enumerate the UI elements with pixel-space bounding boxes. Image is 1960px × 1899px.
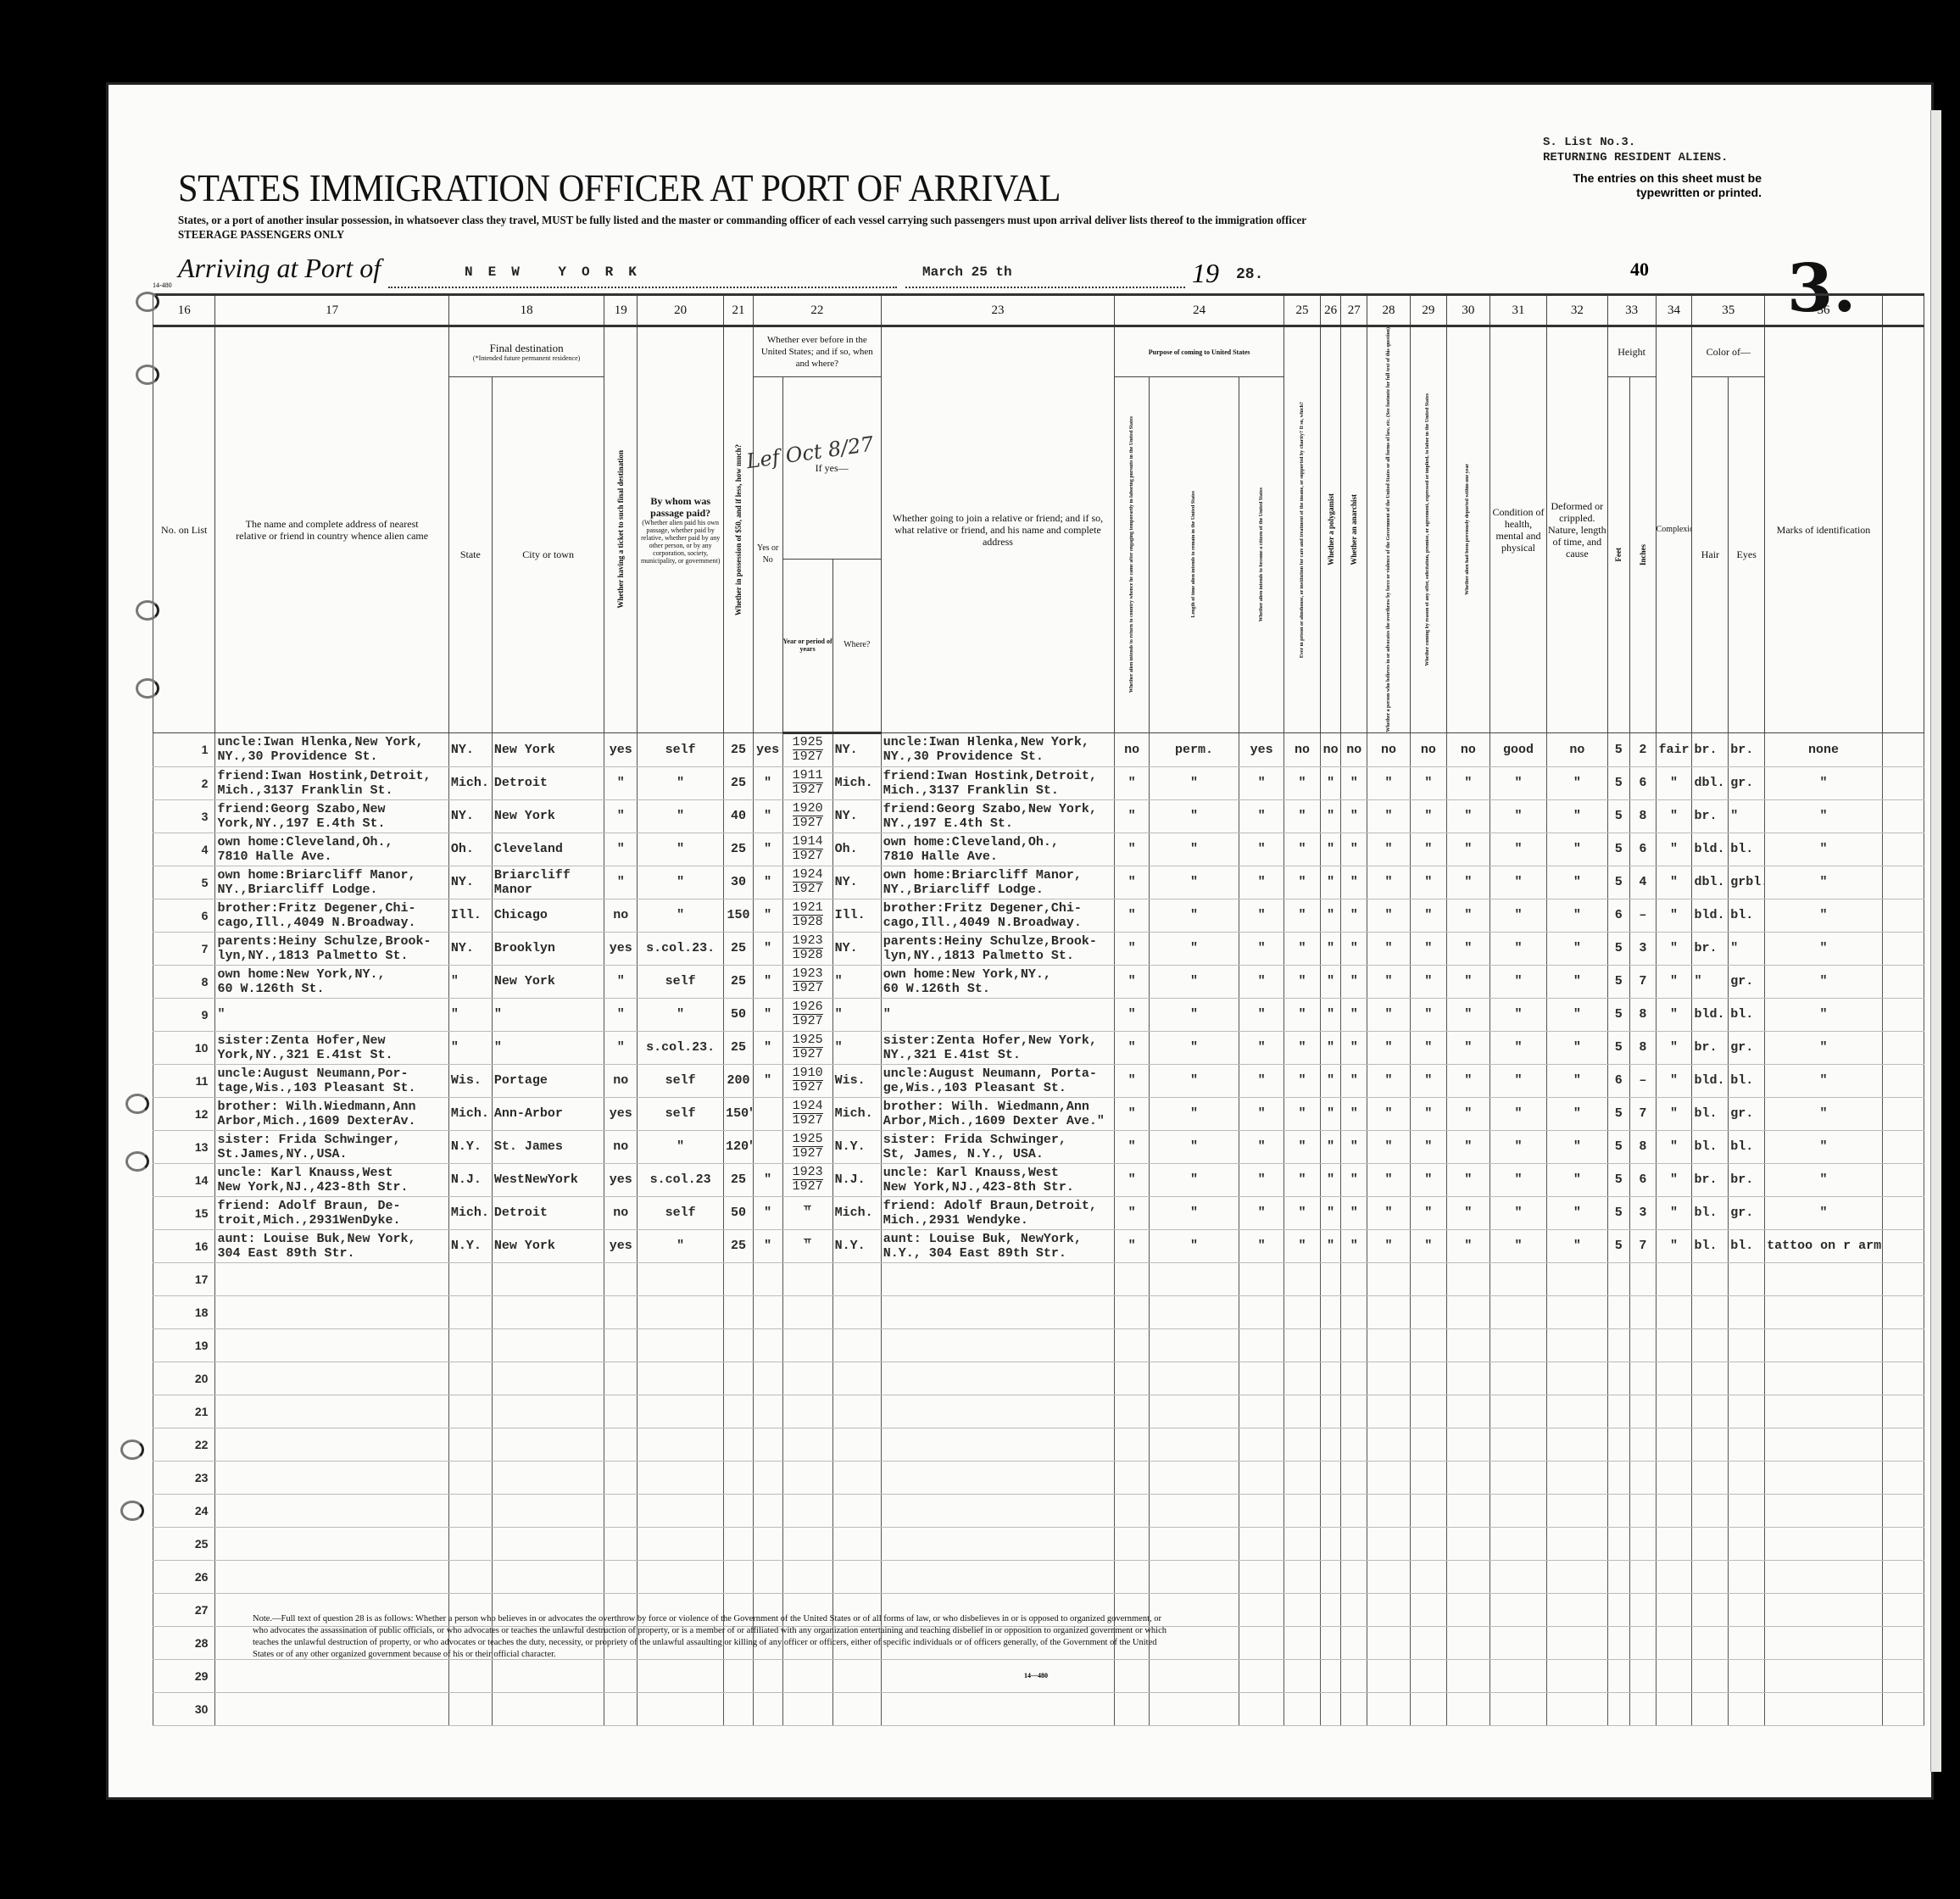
empty-cell xyxy=(1692,1626,1729,1659)
deformed-cell: " xyxy=(1547,1229,1607,1262)
anarchist-cell: " xyxy=(1341,1196,1367,1229)
row-number: 8 xyxy=(153,965,215,998)
cell-line: Cleveland xyxy=(494,842,603,856)
city-cell: Detroit xyxy=(492,766,604,799)
empty-cell xyxy=(1411,1626,1447,1659)
header-deformed: Deformed or crippled. Nature, length of … xyxy=(1547,326,1607,733)
where-cell: N.Y. xyxy=(832,1229,881,1262)
page-title: STATES IMMIGRATION OFFICER AT PORT OF AR… xyxy=(178,165,1061,210)
empty-cell xyxy=(1607,1362,1630,1395)
health-cell: " xyxy=(1489,998,1546,1031)
empty-cell xyxy=(1692,1328,1729,1362)
empty-cell xyxy=(1284,1692,1321,1725)
empty-cell xyxy=(1149,1328,1239,1362)
empty-cell xyxy=(1547,1262,1607,1295)
purpose-a-cell: " xyxy=(1115,899,1150,932)
row-number: 28 xyxy=(153,1626,215,1659)
deformed-cell: no xyxy=(1547,732,1607,766)
empty-cell xyxy=(1630,1560,1657,1593)
health-cell: " xyxy=(1489,866,1546,899)
cell-line: New York xyxy=(494,743,603,757)
empty-cell xyxy=(604,1461,638,1494)
col28-cell: " xyxy=(1367,1196,1411,1229)
state-cell: N.Y. xyxy=(448,1130,492,1163)
empty-cell xyxy=(1341,1295,1367,1328)
empty-cell xyxy=(1367,1295,1411,1328)
purpose-a-cell: " xyxy=(1115,965,1150,998)
passage-paid-cell: s.col.23. xyxy=(638,932,724,965)
empty-cell xyxy=(1765,1295,1883,1328)
empty-cell xyxy=(1341,1593,1367,1626)
ticket-cell: " xyxy=(604,833,638,866)
col30-cell: " xyxy=(1446,932,1489,965)
empty-cell xyxy=(1239,1560,1284,1593)
purpose-b-cell: " xyxy=(1149,1163,1239,1196)
empty-cell xyxy=(753,1395,782,1428)
empty-cell xyxy=(1630,1494,1657,1527)
empty-cell xyxy=(881,1560,1114,1593)
empty-cell xyxy=(492,1395,604,1428)
arriving-label: Arriving at Port of xyxy=(178,253,381,284)
empty-cell xyxy=(832,1362,881,1395)
footnote-form-number: 14—480 xyxy=(1024,1672,1048,1679)
empty-cell xyxy=(1341,1659,1367,1692)
empty-cell xyxy=(724,1560,754,1593)
purpose-c-cell: " xyxy=(1239,899,1284,932)
empty-cell xyxy=(832,1692,881,1725)
before-us-cell: " xyxy=(753,1031,782,1064)
col25-cell: " xyxy=(1284,866,1321,899)
empty-cell xyxy=(1692,1692,1729,1725)
empty-cell xyxy=(1882,1659,1924,1692)
cell-line: own home:Briarcliff Manor, xyxy=(217,868,446,883)
purpose-b-cell: " xyxy=(1149,833,1239,866)
health-cell: good xyxy=(1489,732,1546,766)
ticket-cell: yes xyxy=(604,932,638,965)
empty-cell xyxy=(1489,1428,1546,1461)
passage-paid-label: By whom was passage paid? xyxy=(638,495,723,519)
empty-cell xyxy=(724,1428,754,1461)
empty-cell xyxy=(1239,1262,1284,1295)
state-cell: NY. xyxy=(448,932,492,965)
polygamist-cell: " xyxy=(1320,1064,1340,1097)
col28-cell: " xyxy=(1367,1097,1411,1130)
purpose-c-label: Whether alien intends to become a citize… xyxy=(1259,487,1265,621)
empty-cell xyxy=(1115,1295,1150,1328)
money-label: Whether in possession of $50, and if les… xyxy=(734,444,743,615)
purpose-b-cell: " xyxy=(1149,932,1239,965)
table-row-empty: 19 xyxy=(153,1328,1924,1362)
ticket-label: Whether having a ticket to such final de… xyxy=(616,450,625,609)
blank-cell xyxy=(1882,1130,1924,1163)
deformed-cell: " xyxy=(1547,766,1607,799)
cell-line: 1927 xyxy=(793,816,823,830)
hair-cell: dbl. xyxy=(1692,866,1729,899)
empty-cell xyxy=(1115,1527,1150,1560)
cell-line: 1927 xyxy=(793,1014,823,1028)
empty-cell xyxy=(1729,1395,1765,1428)
column-number-row: 16 17 18 19 20 21 22 23 24 25 26 27 28 2… xyxy=(153,295,1924,326)
empty-cell xyxy=(1630,1692,1657,1725)
row-number: 21 xyxy=(153,1395,215,1428)
empty-cell xyxy=(1630,1328,1657,1362)
money-cell: 150 xyxy=(724,899,754,932)
city-cell: New York xyxy=(492,965,604,998)
deformed-cell: " xyxy=(1547,1196,1607,1229)
header-health: Condition of health, mental and physical xyxy=(1489,326,1546,733)
cell-line: 1926 xyxy=(793,1000,823,1015)
polygamist-cell: " xyxy=(1320,965,1340,998)
col25-cell: " xyxy=(1284,833,1321,866)
purpose-a-cell: " xyxy=(1115,1064,1150,1097)
eyes-cell: bl. xyxy=(1729,833,1765,866)
empty-cell xyxy=(1320,1328,1340,1362)
ticket-cell: no xyxy=(604,1130,638,1163)
empty-cell xyxy=(1446,1593,1489,1626)
complexion-cell: " xyxy=(1656,1229,1692,1262)
nearest-relative-cell: uncle:August Neumann,Por-tage,Wis.,103 P… xyxy=(215,1064,448,1097)
eyes-cell: grbl. xyxy=(1729,866,1765,899)
passage-paid-cell: s.col.23. xyxy=(638,1031,724,1064)
purpose-b-cell: " xyxy=(1149,866,1239,899)
where-cell: " xyxy=(832,1031,881,1064)
row-number: 15 xyxy=(153,1196,215,1229)
city-cell: Cleveland xyxy=(492,833,604,866)
cell-line: cago,Ill.,4049 N.Broadway. xyxy=(217,916,446,930)
header-polygamist: Whether a polygamist xyxy=(1320,326,1340,733)
empty-cell xyxy=(1239,1626,1284,1659)
empty-cell xyxy=(1547,1395,1607,1428)
complexion-cell: " xyxy=(1656,998,1692,1031)
col30-label: Whether alien had been previously deport… xyxy=(1465,464,1471,595)
col29-cell: no xyxy=(1411,732,1447,766)
eyes-cell: br. xyxy=(1729,1163,1765,1196)
where-cell: NY. xyxy=(832,799,881,833)
purpose-c-cell: yes xyxy=(1239,732,1284,766)
inches-cell: – xyxy=(1630,1064,1657,1097)
purpose-b-cell: " xyxy=(1149,1064,1239,1097)
empty-cell xyxy=(1341,1560,1367,1593)
year-fraction: 19231927 xyxy=(793,1166,823,1194)
col25-cell: " xyxy=(1284,766,1321,799)
empty-cell xyxy=(1284,1659,1321,1692)
cell-line: tage,Wis.,103 Pleasant St. xyxy=(217,1081,446,1095)
eyes-cell: gr. xyxy=(1729,1097,1765,1130)
empty-cell xyxy=(1367,1362,1411,1395)
empty-cell xyxy=(881,1328,1114,1362)
row-number: 19 xyxy=(153,1328,215,1362)
empty-cell xyxy=(1115,1395,1150,1428)
header-joining: Whether going to join a relative or frie… xyxy=(881,326,1114,733)
col29-cell: " xyxy=(1411,833,1447,866)
empty-cell xyxy=(1411,1659,1447,1692)
cell-line: uncle: Karl Knauss,West xyxy=(217,1166,446,1180)
inches-cell: 7 xyxy=(1630,1229,1657,1262)
feet-cell: 5 xyxy=(1607,732,1630,766)
empty-cell xyxy=(1765,1461,1883,1494)
polygamist-cell: " xyxy=(1320,1229,1340,1262)
empty-cell xyxy=(782,1560,832,1593)
empty-cell xyxy=(782,1428,832,1461)
year-period-cell: 19261927 xyxy=(782,998,832,1031)
purpose-b-cell: " xyxy=(1149,766,1239,799)
empty-cell xyxy=(1729,1560,1765,1593)
year-fraction: 19101927 xyxy=(793,1066,823,1094)
blank-cell xyxy=(1882,799,1924,833)
inches-label: Inches xyxy=(1639,544,1647,565)
blank-cell xyxy=(1882,1031,1924,1064)
empty-cell xyxy=(1239,1362,1284,1395)
money-cell: 25 xyxy=(724,932,754,965)
empty-cell xyxy=(1341,1428,1367,1461)
cell-line: brother: Wilh. Wiedmann,Ann xyxy=(883,1100,1112,1114)
polygamist-cell: " xyxy=(1320,866,1340,899)
empty-cell xyxy=(1630,1428,1657,1461)
empty-cell xyxy=(1367,1659,1411,1692)
anarchist-cell: " xyxy=(1341,899,1367,932)
cell-line: friend:Georg Szabo,New York, xyxy=(883,802,1112,816)
city-cell: New York xyxy=(492,1229,604,1262)
empty-cell xyxy=(1882,1461,1924,1494)
empty-cell xyxy=(1341,1494,1367,1527)
empty-cell xyxy=(1547,1328,1607,1362)
complexion-cell: " xyxy=(1656,833,1692,866)
empty-cell xyxy=(1547,1461,1607,1494)
empty-cell xyxy=(1692,1659,1729,1692)
header-state: State xyxy=(448,377,492,733)
cell-line: friend:Iwan Hostink,Detroit, xyxy=(883,769,1112,783)
deformed-cell: " xyxy=(1547,1031,1607,1064)
table-row-empty: 21 xyxy=(153,1395,1924,1428)
cell-line: own home:New York,NY., xyxy=(217,967,446,982)
empty-cell xyxy=(448,1328,492,1362)
empty-cell xyxy=(1239,1593,1284,1626)
joining-cell: friend:Iwan Hostink,Detroit,Mich.,3137 F… xyxy=(881,766,1114,799)
final-destination-note: (*Intended future permanent residence) xyxy=(449,354,604,362)
health-cell: " xyxy=(1489,899,1546,932)
header-city: City or town xyxy=(492,377,604,733)
row-number: 10 xyxy=(153,1031,215,1064)
empty-cell xyxy=(492,1659,604,1692)
empty-cell xyxy=(753,1461,782,1494)
blank-cell xyxy=(1882,732,1924,766)
eyes-cell: bl. xyxy=(1729,1229,1765,1262)
empty-cell xyxy=(881,1395,1114,1428)
cell-line: NY.,197 E.4th St. xyxy=(883,816,1112,831)
hair-cell: bl. xyxy=(1692,1130,1729,1163)
empty-cell xyxy=(215,1262,448,1295)
joining-cell: own home:Cleveland,Oh.,7810 Halle Ave. xyxy=(881,833,1114,866)
polygamist-cell: " xyxy=(1320,1097,1340,1130)
empty-cell xyxy=(1630,1593,1657,1626)
money-cell: 30 xyxy=(724,866,754,899)
deformed-cell: " xyxy=(1547,1130,1607,1163)
cell-line: sister:Zenta Hofer,New xyxy=(217,1033,446,1048)
col30-cell: " xyxy=(1446,1097,1489,1130)
passage-paid-note: (Whether alien paid his own passage, whe… xyxy=(638,519,723,565)
purpose-a-cell: no xyxy=(1115,732,1150,766)
hair-cell: bl. xyxy=(1692,1097,1729,1130)
year-fraction: 19251927 xyxy=(793,1133,823,1161)
empty-cell xyxy=(1411,1395,1447,1428)
empty-cell xyxy=(1320,1593,1340,1626)
where-cell: N.J. xyxy=(832,1163,881,1196)
empty-cell xyxy=(1656,1362,1692,1395)
inches-cell: 4 xyxy=(1630,866,1657,899)
empty-cell xyxy=(753,1692,782,1725)
money-cell: 120" xyxy=(724,1130,754,1163)
cell-line: Arbor,Mich.,1609 DexterAv. xyxy=(217,1114,446,1128)
empty-cell xyxy=(1149,1295,1239,1328)
empty-cell xyxy=(1630,1262,1657,1295)
empty-cell xyxy=(1284,1295,1321,1328)
empty-cell xyxy=(604,1262,638,1295)
where-cell: Mich. xyxy=(832,766,881,799)
empty-cell xyxy=(1729,1626,1765,1659)
year-fraction: " xyxy=(804,1239,811,1253)
table-row: 7parents:Heiny Schulze,Brook-lyn,NY.,181… xyxy=(153,932,1924,965)
year-fraction: 19261927 xyxy=(793,1000,823,1028)
empty-cell xyxy=(1489,1295,1546,1328)
empty-cell xyxy=(724,1659,754,1692)
col25-cell: " xyxy=(1284,965,1321,998)
header-col25: Ever in prison or almshouse, or institut… xyxy=(1284,326,1321,733)
ticket-cell: " xyxy=(604,799,638,833)
purpose-b-cell: " xyxy=(1149,965,1239,998)
ticket-cell: " xyxy=(604,766,638,799)
health-cell: " xyxy=(1489,965,1546,998)
polygamist-cell: " xyxy=(1320,998,1340,1031)
empty-cell xyxy=(448,1295,492,1328)
empty-cell xyxy=(1489,1461,1546,1494)
empty-cell xyxy=(782,1692,832,1725)
purpose-a-cell: " xyxy=(1115,799,1150,833)
col25-cell: " xyxy=(1284,1031,1321,1064)
col28-cell: " xyxy=(1367,766,1411,799)
col29-cell: " xyxy=(1411,799,1447,833)
cell-line: uncle:August Neumann,Por- xyxy=(217,1066,446,1081)
empty-cell xyxy=(1284,1262,1321,1295)
empty-cell xyxy=(1489,1328,1546,1362)
cell-line: 60 W.126th St. xyxy=(883,982,1112,996)
polygamist-cell: " xyxy=(1320,1163,1340,1196)
passage-paid-cell: " xyxy=(638,799,724,833)
empty-cell xyxy=(1765,1395,1883,1428)
blank-cell xyxy=(1882,866,1924,899)
empty-cell xyxy=(1446,1527,1489,1560)
money-cell: 50 xyxy=(724,998,754,1031)
empty-cell xyxy=(1765,1593,1883,1626)
eyes-cell: gr. xyxy=(1729,766,1765,799)
complexion-cell: fair xyxy=(1656,732,1692,766)
empty-cell xyxy=(492,1692,604,1725)
cell-line: Ann-Arbor xyxy=(494,1106,603,1121)
year-period-cell: 19201927 xyxy=(782,799,832,833)
empty-cell xyxy=(1656,1328,1692,1362)
inches-cell: 3 xyxy=(1630,932,1657,965)
table-row-empty: 24 xyxy=(153,1494,1924,1527)
cell-line: 1920 xyxy=(793,802,823,816)
inches-cell: 6 xyxy=(1630,833,1657,866)
empty-cell xyxy=(832,1428,881,1461)
empty-cell xyxy=(1149,1659,1239,1692)
header-if-yes: If yes— xyxy=(782,377,881,560)
state-cell: NY. xyxy=(448,799,492,833)
blank-cell xyxy=(1882,1196,1924,1229)
punch-hole-icon xyxy=(136,365,159,385)
header-col28: Whether a person who believes in or advo… xyxy=(1367,326,1411,733)
col25-cell: no xyxy=(1284,732,1321,766)
year-fraction: 19251927 xyxy=(793,1033,823,1061)
year-fraction: 19141927 xyxy=(793,835,823,863)
purpose-c-cell: " xyxy=(1239,998,1284,1031)
eyes-cell: bl. xyxy=(1729,1064,1765,1097)
empty-cell xyxy=(832,1262,881,1295)
empty-cell xyxy=(1607,1428,1630,1461)
empty-cell xyxy=(1411,1262,1447,1295)
empty-cell xyxy=(492,1527,604,1560)
eyes-cell: bl. xyxy=(1729,998,1765,1031)
page-subtitle: States, or a port of another insular pos… xyxy=(178,214,1504,242)
empty-cell xyxy=(724,1461,754,1494)
colnum-blank xyxy=(1882,295,1924,326)
col29-cell: " xyxy=(1411,965,1447,998)
year-fraction: 19251927 xyxy=(793,736,823,764)
empty-cell xyxy=(1149,1527,1239,1560)
inches-cell: 8 xyxy=(1630,1130,1657,1163)
empty-cell xyxy=(1446,1461,1489,1494)
where-cell: Wis. xyxy=(832,1064,881,1097)
empty-cell xyxy=(638,1362,724,1395)
empty-cell xyxy=(1882,1295,1924,1328)
passage-paid-cell: self xyxy=(638,732,724,766)
empty-cell xyxy=(1411,1362,1447,1395)
cell-line: " xyxy=(494,1007,603,1022)
city-cell: Brooklyn xyxy=(492,932,604,965)
state-cell: NY. xyxy=(448,866,492,899)
hair-cell: br. xyxy=(1692,1031,1729,1064)
row-number: 24 xyxy=(153,1494,215,1527)
cell-line: 1928 xyxy=(793,948,823,962)
cell-line: New York xyxy=(494,974,603,988)
feet-cell: 5 xyxy=(1607,1229,1630,1262)
complexion-cell: " xyxy=(1656,1031,1692,1064)
empty-cell xyxy=(1367,1692,1411,1725)
empty-cell xyxy=(1729,1692,1765,1725)
empty-cell xyxy=(1149,1494,1239,1527)
purpose-b-cell: perm. xyxy=(1149,732,1239,766)
empty-cell xyxy=(1729,1328,1765,1362)
city-cell: New York xyxy=(492,732,604,766)
cell-line: cago,Ill.,4049 N.Broadway. xyxy=(883,916,1112,930)
empty-cell xyxy=(448,1262,492,1295)
cell-line: NY.,30 Providence St. xyxy=(883,749,1112,764)
empty-cell xyxy=(1630,1395,1657,1428)
empty-cell xyxy=(1692,1295,1729,1328)
nearest-relative-cell: own home:Briarcliff Manor,NY.,Briarcliff… xyxy=(215,866,448,899)
cell-line: 1927 xyxy=(793,782,823,797)
empty-cell xyxy=(1765,1328,1883,1362)
ticket-cell: no xyxy=(604,1196,638,1229)
empty-cell xyxy=(1284,1560,1321,1593)
purpose-c-cell: " xyxy=(1239,1130,1284,1163)
table-row: 15friend: Adolf Braun, De-troit,Mich.,29… xyxy=(153,1196,1924,1229)
empty-cell xyxy=(1882,1560,1924,1593)
empty-cell xyxy=(1341,1692,1367,1725)
cell-line: Chicago xyxy=(494,908,603,922)
health-cell: " xyxy=(1489,766,1546,799)
cell-line: New York xyxy=(494,809,603,823)
